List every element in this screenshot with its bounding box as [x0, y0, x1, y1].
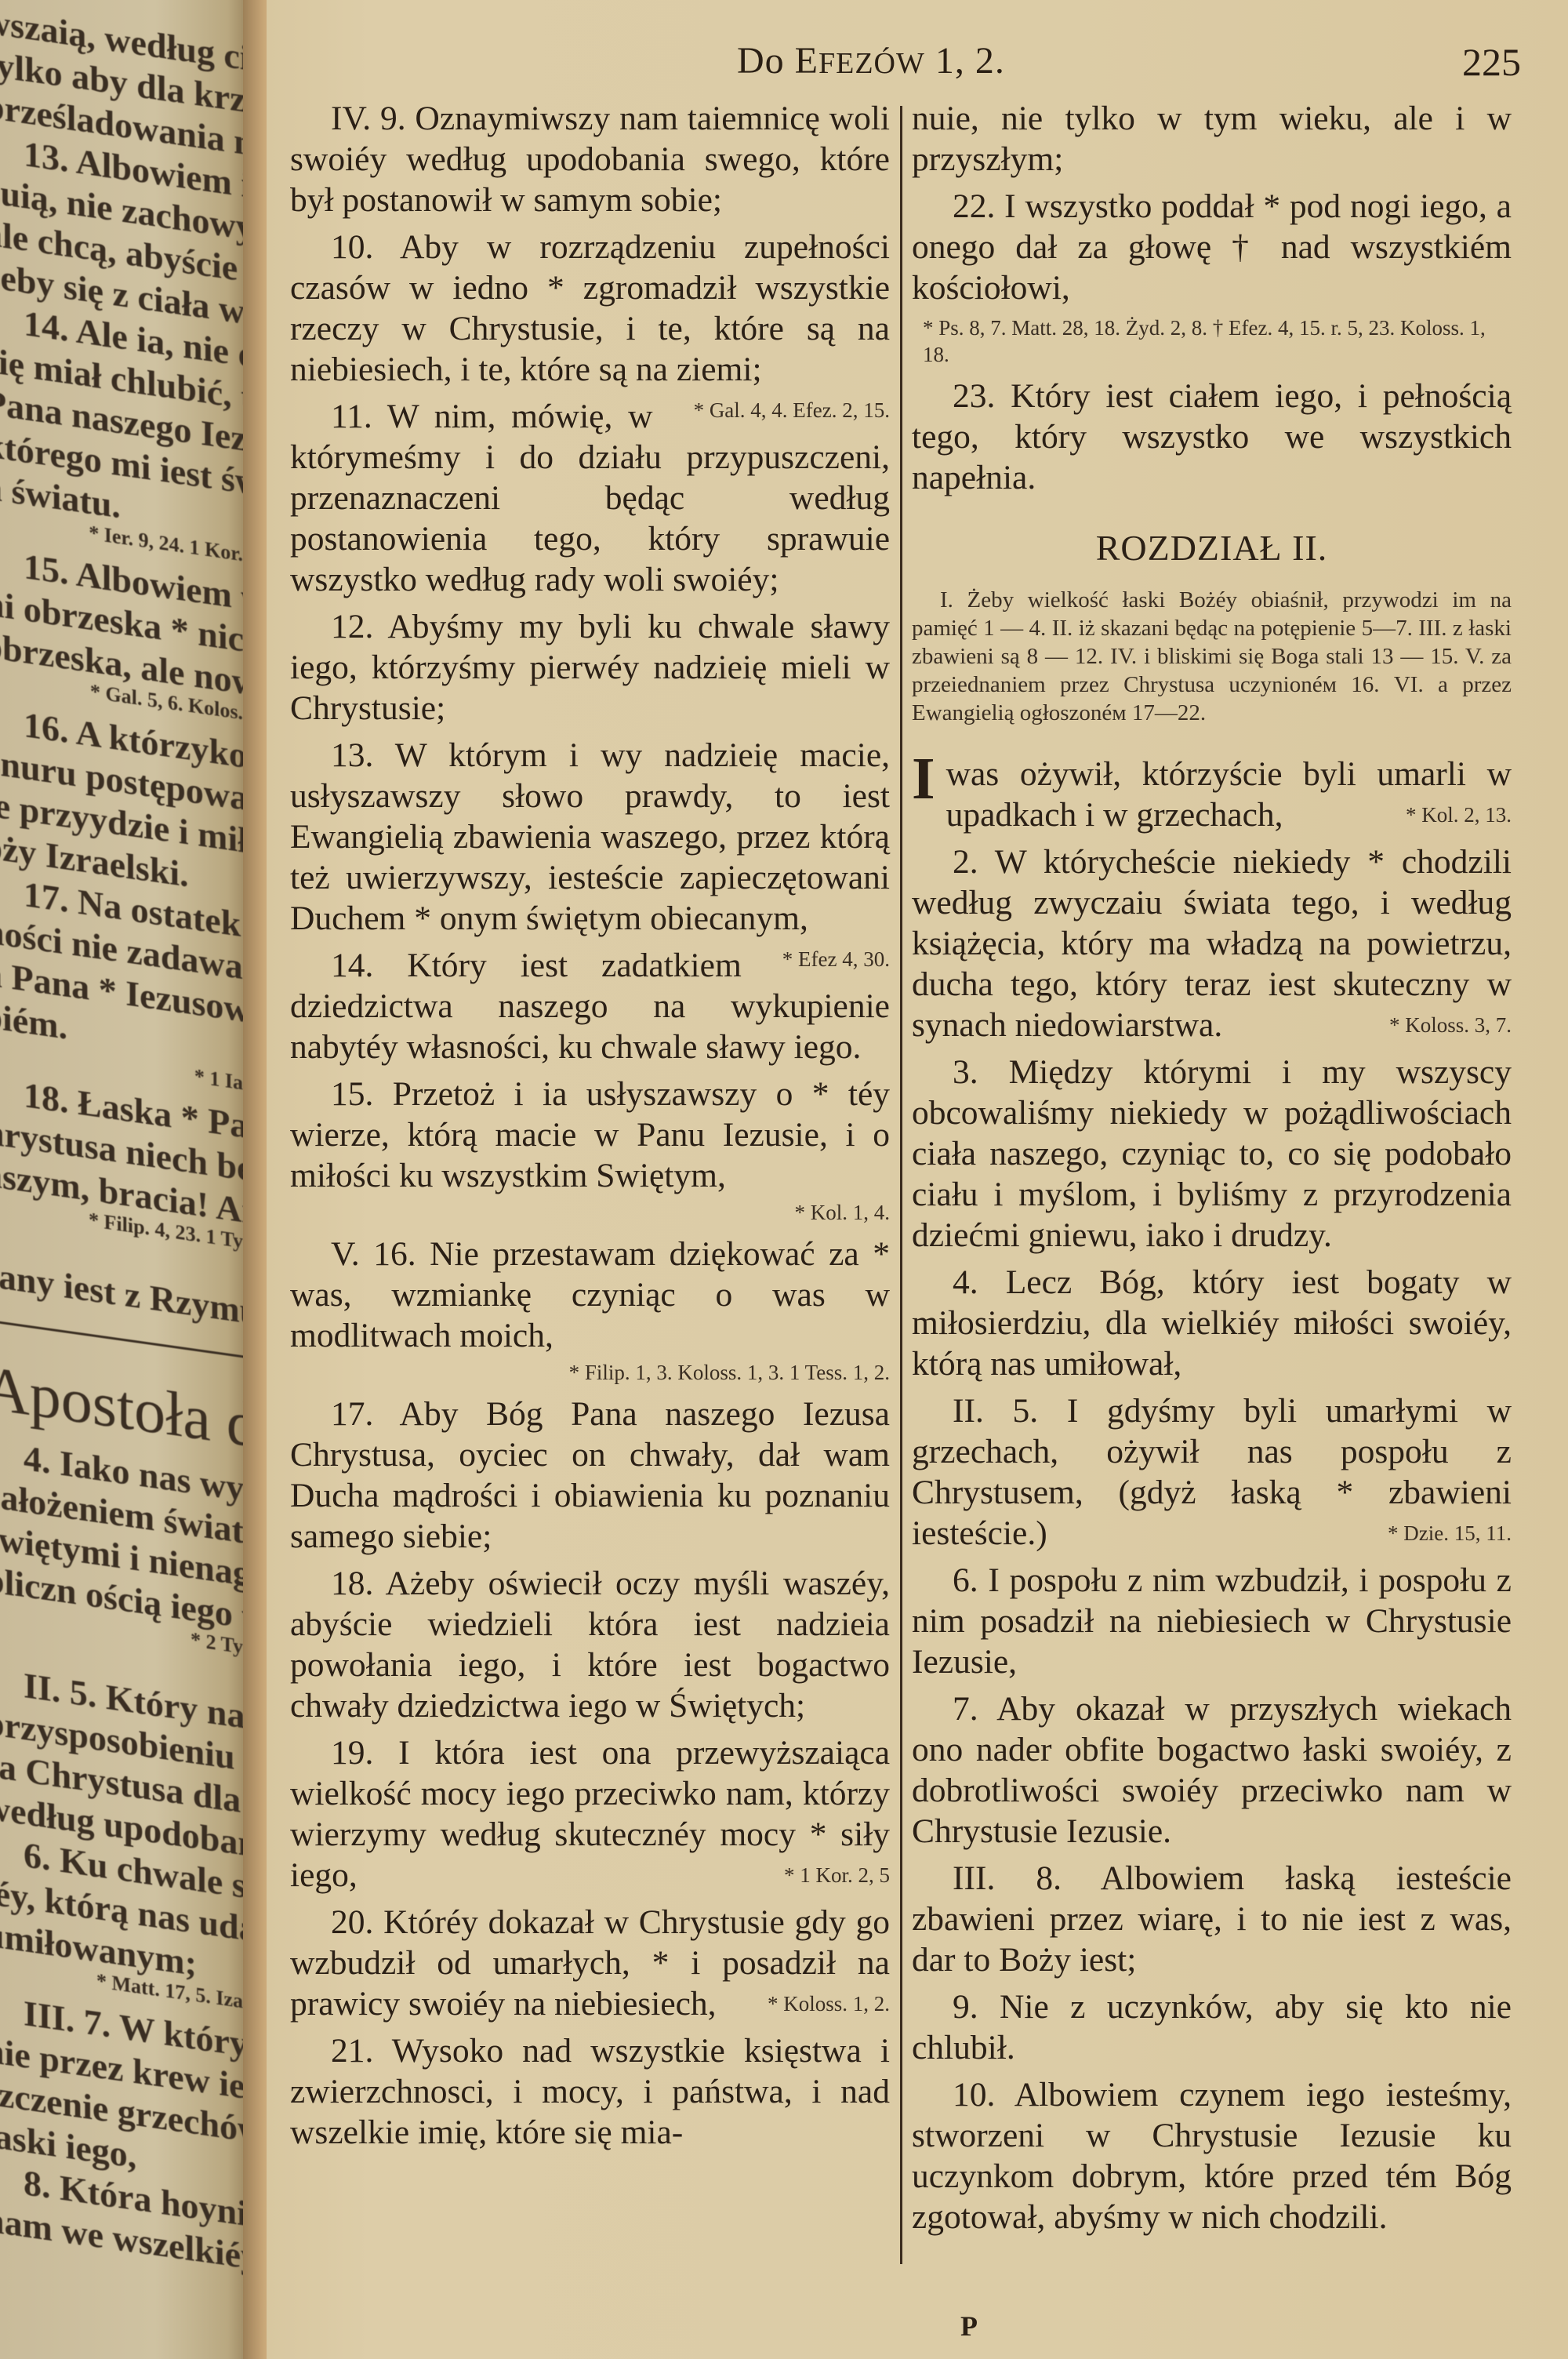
verse-paragraph: 10. Albowiem czynem iego iesteśmy, stwor… — [912, 2074, 1512, 2237]
running-head: Do EFEZÓW 1, 2. 225 — [737, 39, 1521, 94]
cross-reference: * 1 Kor. 2, 5 — [743, 1855, 890, 1896]
cross-reference-note: * Filip. 1, 3. Koloss. 1, 3. 1 Tess. 1, … — [290, 1359, 890, 1386]
verse-paragraph: 10. Aby w rozrządzeniu zupełności czasów… — [290, 227, 890, 390]
chapter-heading: ROZDZIAŁ II. — [912, 525, 1512, 572]
previous-page-text: wszaią, według ciała, ci was ptylko aby … — [0, 0, 251, 2278]
cross-reference: * Koloss. 3, 7. — [1348, 1005, 1512, 1045]
verse-text: 4. Lecz Bóg, który iest bogaty w miłosie… — [912, 1263, 1512, 1383]
previous-page-edge: wszaią, według ciała, ci was ptylko aby … — [0, 0, 259, 2359]
verse-paragraph: 3. Między którymi i my wszyscy obcowaliś… — [912, 1052, 1512, 1256]
verse-text: III. 8. Albowiem łaską iesteście zbawien… — [912, 1859, 1512, 1979]
verse-paragraph: 20. Któréy dokazał w Chrystusie gdy go w… — [290, 1902, 890, 2024]
verse-paragraph: 18. Ażeby oświecił oczy myśli waszéy, ab… — [290, 1563, 890, 1726]
verse-paragraph: 9. Nie z uczynków, aby się kto nie chlub… — [912, 1986, 1512, 2068]
verse-text: 18. Ażeby oświecił oczy myśli waszéy, ab… — [290, 1565, 890, 1725]
verse-text: 13. W którym i wy nadzieię macie, usłysz… — [290, 736, 890, 937]
verse-text: IV. 9. Oznaymiwszy nam taiemnicę woli sw… — [290, 100, 890, 219]
verse-paragraph: IV. 9. Oznaymiwszy nam taiemnicę woli sw… — [290, 98, 890, 220]
cross-reference: * Kol. 2, 13. — [1406, 794, 1512, 835]
verse-text: nuie, nie tylko w tym wieku, ale i w prz… — [912, 100, 1512, 178]
page-225: Do EFEZÓW 1, 2. 225 IV. 9. Oznaymiwszy n… — [267, 0, 1568, 2359]
verse-text: 12. Abyśmy my byli ku chwale sławy iego,… — [290, 608, 890, 727]
text-column-left: IV. 9. Oznaymiwszy nam taiemnicę woli sw… — [290, 98, 890, 2159]
verse-paragraph: 19. I która iest ona przewyższaiąca wiel… — [290, 1732, 890, 1896]
verse-text: 17. Aby Bóg Pana naszego Iezusa Chrystus… — [290, 1395, 890, 1555]
cross-reference: * Efez 4, 30. — [742, 939, 890, 980]
verse-paragraph: 2. W którycheście niekiedy * chodzili we… — [912, 841, 1512, 1045]
chapter-summary: I. Żeby wielkość łaski Bożéy obiaśnił, p… — [912, 586, 1512, 727]
cross-reference: * Dzie. 15, 11. — [1347, 1513, 1512, 1554]
verse-paragraph: 13. W którym i wy nadzieię macie, usłysz… — [290, 735, 890, 939]
verse-text: 9. Nie z uczynków, aby się kto nie chlub… — [912, 1988, 1512, 2066]
verse-paragraph: V. 16. Nie przestawam dziękować za * was… — [290, 1234, 890, 1356]
verse-text: 6. I pospołu z nim wzbudził, i pospołu z… — [912, 1561, 1512, 1681]
verse-paragraph-opening: I was ożywił, którzyście byli umarli w u… — [912, 754, 1512, 835]
verse-text: 21. Wysoko nad wszystkie księstwa i zwie… — [290, 2032, 890, 2151]
text-column-right: nuie, nie tylko w tym wieku, ale i w prz… — [912, 98, 1512, 2244]
verse-text: 15. Przetoż i ia usłyszawszy o * téy wie… — [290, 1075, 890, 1194]
verse-text: 23. Który iest ciałem iego, i pełnością … — [912, 377, 1512, 496]
column-divider-rule — [900, 106, 902, 2264]
verse-paragraph: 12. Abyśmy my byli ku chwale sławy iego,… — [290, 606, 890, 729]
signature-mark: P — [960, 2310, 978, 2343]
cross-reference: * Gal. 4, 4. Efez. 2, 15. — [653, 390, 890, 431]
verse-paragraph: 4. Lecz Bóg, który iest bogaty w miłosie… — [912, 1262, 1512, 1384]
cross-reference: * Koloss. 1, 2. — [727, 1983, 890, 2024]
verse-paragraph: II. 5. I gdyśmy byli umarłymi w grzechac… — [912, 1390, 1512, 1554]
verse-text: 7. Aby okazał w przyszłych wiekach ono n… — [912, 1690, 1512, 1850]
verse-text: 3. Między którymi i my wszyscy obcowaliś… — [912, 1053, 1512, 1254]
verse-text: 22. I wszystko poddał * pod nogi iego, a… — [912, 187, 1512, 307]
verse-paragraph: 23. Który iest ciałem iego, i pełnością … — [912, 376, 1512, 498]
verse-paragraph: 15. Przetoż i ia usłyszawszy o * téy wie… — [290, 1074, 890, 1196]
verse-paragraph: 22. I wszystko poddał * pod nogi iego, a… — [912, 186, 1512, 308]
verse-paragraph: 7. Aby okazał w przyszłych wiekach ono n… — [912, 1688, 1512, 1852]
page-number: 225 — [1462, 39, 1521, 85]
verse-text: 10. Albowiem czynem iego iesteśmy, stwor… — [912, 2076, 1512, 2236]
verse-paragraph: III. 8. Albowiem łaską iesteście zbawien… — [912, 1858, 1512, 1980]
cross-reference-note: * Kol. 1, 4. — [290, 1199, 890, 1226]
running-head-title: Do EFEZÓW 1, 2. — [737, 39, 1005, 82]
verse-paragraph: 6. I pospołu z nim wzbudził, i pospołu z… — [912, 1560, 1512, 1682]
verse-paragraph: 17. Aby Bóg Pana naszego Iezusa Chrystus… — [290, 1394, 890, 1557]
drop-cap: I — [912, 758, 935, 799]
verse-text: 10. Aby w rozrządzeniu zupełności czasów… — [290, 228, 890, 388]
cross-reference-note: * Ps. 8, 7. Matt. 28, 18. Żyd. 2, 8. † E… — [912, 314, 1512, 368]
verse-paragraph: nuie, nie tylko w tym wieku, ale i w prz… — [912, 98, 1512, 180]
verse-paragraph: 21. Wysoko nad wszystkie księstwa i zwie… — [290, 2030, 890, 2153]
verse-text: V. 16. Nie przestawam dziękować za * was… — [290, 1235, 890, 1354]
